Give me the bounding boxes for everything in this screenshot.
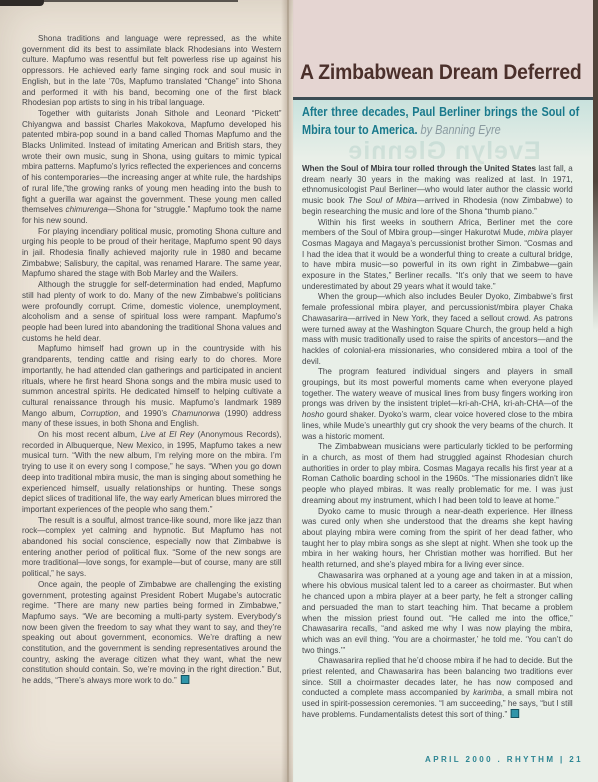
end-of-article-mark — [181, 675, 189, 684]
paragraph: Mapfumo himself had grown up in the coun… — [22, 343, 281, 429]
right-column: When the Soul of Mbira tour rolled throu… — [302, 163, 573, 720]
paragraph: When the group—which also includes Beule… — [302, 291, 573, 366]
article-byline: by Banning Eyre — [421, 122, 501, 137]
paragraph: The Zimbabwean musicians were particular… — [302, 441, 573, 505]
paragraph: Chawasarira replied that he’d choose mbi… — [302, 655, 573, 719]
paragraph: Together with guitarists Jonah Sithole a… — [22, 108, 281, 226]
paragraph: On his most recent album, Live at El Rey… — [22, 429, 281, 515]
headline-rule — [293, 97, 598, 100]
article-deck: After three decades, Paul Berliner bring… — [302, 103, 579, 138]
paragraph: Once again, the people of Zimbabwe are c… — [22, 579, 281, 686]
left-column: Shona traditions and language were repre… — [22, 33, 281, 686]
magazine-page: Evelyn Glennie Shona traditions and lang… — [0, 0, 598, 782]
paragraph: Chawasarira was orphaned at a young age … — [302, 570, 573, 656]
paragraph: For playing incendiary political music, … — [22, 226, 281, 280]
scan-edge-corner — [0, 0, 44, 6]
end-of-article-mark — [511, 709, 519, 718]
paragraph: Shona traditions and language were repre… — [22, 33, 281, 108]
scan-edge-right — [593, 0, 598, 330]
article-headline: A Zimbabwean Dream Deferred — [300, 60, 598, 85]
page-footer-folio: APRIL 2000 . RHYTHM | 21 — [425, 755, 583, 764]
paragraph: The result is a soulful, almost trance-l… — [22, 515, 281, 579]
page-gutter-line — [287, 0, 289, 782]
paragraph: The program featured individual singers … — [302, 366, 573, 441]
paragraph: Dyoko came to music through a near-death… — [302, 506, 573, 570]
paragraph: Within his first weeks in southern Afric… — [302, 217, 573, 292]
paragraph: Although the struggle for self-determina… — [22, 279, 281, 343]
paragraph: When the Soul of Mbira tour rolled throu… — [302, 163, 573, 217]
